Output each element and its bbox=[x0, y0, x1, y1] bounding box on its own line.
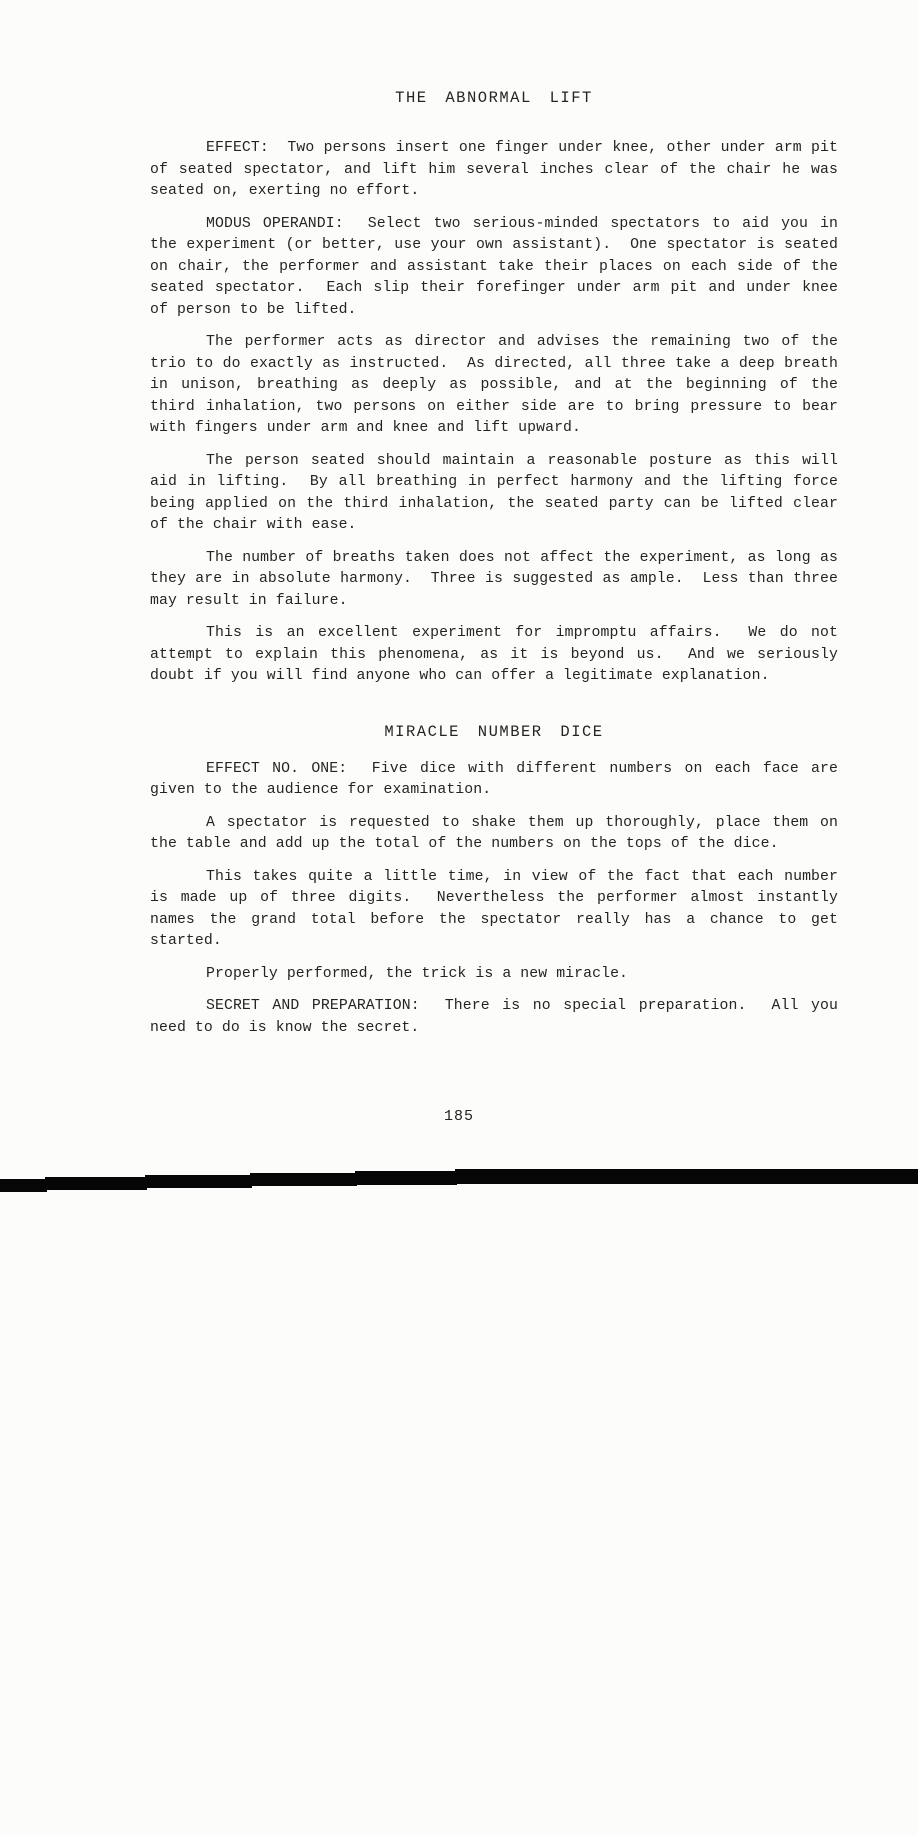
page-number: 185 bbox=[0, 1108, 918, 1125]
scan-bar-segment bbox=[45, 1177, 147, 1190]
paragraph-excellent-experiment: This is an excellent experiment for impr… bbox=[150, 623, 838, 688]
scan-bar-segment bbox=[0, 1179, 47, 1192]
paragraph-modus-operandi: MODUS OPERANDI: Select two serious-minde… bbox=[150, 214, 838, 322]
paragraph-number-of-breaths: The number of breaths taken does not aff… bbox=[150, 548, 838, 613]
scan-bar-segment bbox=[355, 1171, 457, 1185]
paragraph-secret-preparation: SECRET AND PREPARATION: There is no spec… bbox=[150, 996, 838, 1039]
paragraph-effect-no-one: EFFECT NO. ONE: Five dice with different… bbox=[150, 759, 838, 802]
scan-bar-segment bbox=[250, 1173, 357, 1186]
document-content: THE ABNORMAL LIFT EFFECT: Two persons in… bbox=[150, 88, 838, 1050]
paragraph-spectator-shake: A spectator is requested to shake them u… bbox=[150, 813, 838, 856]
scan-bar-segment bbox=[145, 1175, 252, 1188]
paragraph-effect: EFFECT: Two persons insert one finger un… bbox=[150, 138, 838, 203]
paragraph-person-seated: The person seated should maintain a reas… bbox=[150, 451, 838, 537]
document-page: THE ABNORMAL LIFT EFFECT: Two persons in… bbox=[0, 0, 918, 1836]
paragraph-properly-performed: Properly performed, the trick is a new m… bbox=[150, 964, 838, 986]
paragraph-takes-time: This takes quite a little time, in view … bbox=[150, 867, 838, 953]
section-title-abnormal-lift: THE ABNORMAL LIFT bbox=[150, 88, 838, 108]
paragraph-performer-director: The performer acts as director and advis… bbox=[150, 332, 838, 440]
section-title-miracle-number-dice: MIRACLE NUMBER DICE bbox=[150, 722, 838, 742]
scan-bar-segment bbox=[455, 1169, 918, 1184]
